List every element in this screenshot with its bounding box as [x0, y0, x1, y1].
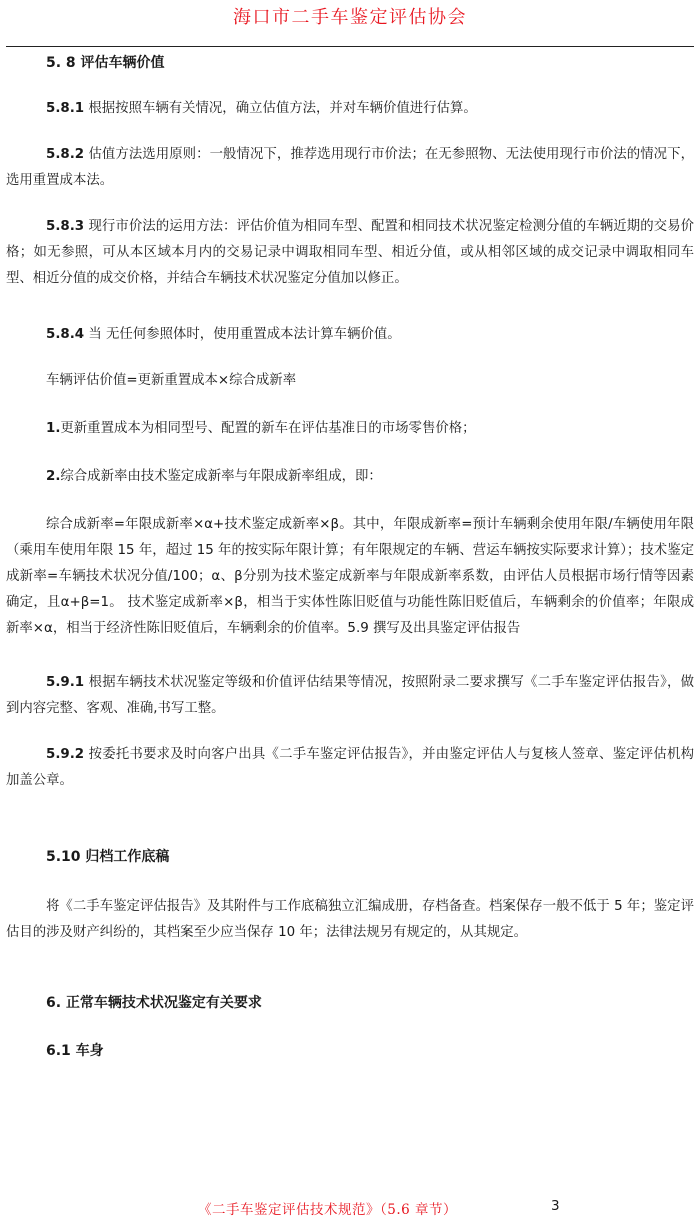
section-heading: 5. 8 评估车辆价值 [6, 50, 694, 76]
paragraph: 5.8.1 根据按照车辆有关情况，确立估值方法，并对车辆价值进行估算。 [6, 96, 694, 122]
clause-text: 根据车辆技术状况鉴定等级和价值评估结果等情况，按照附录二要求撰写《二手车鉴定评估… [6, 675, 694, 716]
clause-number: 5.8.3 [46, 219, 84, 234]
valuation-formula: 车辆评估价值=更新重置成本×综合成新率 [6, 368, 694, 394]
paragraph: 5.8.4 当 无任何参照体时，使用重置成本法计算车辆价值。 [6, 322, 694, 348]
section-5-8: 5. 8 评估车辆价值 [6, 50, 694, 76]
list-text: 综合成新率由技术鉴定成新率与年限成新率组成，即： [60, 469, 381, 484]
section-5-8-4: 5.8.4 当 无任何参照体时，使用重置成本法计算车辆价值。 [6, 322, 694, 348]
section-heading: 6.1 车身 [6, 1038, 694, 1064]
page-number: 3 [551, 1198, 560, 1214]
list-number: 1. [46, 421, 60, 436]
paragraph: 5.8.2 估值方法选用原则：一般情况下，推荐选用现行市价法；在无参照物、无法使… [6, 142, 694, 194]
clause-text: 估值方法选用原则：一般情况下，推荐选用现行市价法；在无参照物、无法使用现行市价法… [6, 147, 694, 188]
clause-number: 5.9.2 [46, 747, 84, 762]
composite-rate-paragraph: 综合成新率=年限成新率×α+技术鉴定成新率×β。其中，年限成新率=预计车辆剩余使… [6, 512, 694, 642]
page-footer: 《二手车鉴定评估技术规范》（5.6 章节） 3 [0, 1198, 700, 1222]
clause-number: 5.8.4 [46, 327, 84, 342]
section-5-8-3: 5.8.3 现行市价法的运用方法：评估价值为相同车型、配置和相同技术状况鉴定检测… [6, 214, 694, 292]
formula-text: 车辆评估价值=更新重置成本×综合成新率 [6, 368, 694, 394]
section-5-9-1: 5.9.1 根据车辆技术状况鉴定等级和价值评估结果等情况，按照附录二要求撰写《二… [6, 670, 694, 722]
section-5-10: 5.10 归档工作底稿 [6, 844, 694, 870]
paragraph: 2.综合成新率由技术鉴定成新率与年限成新率组成，即： [6, 464, 694, 490]
page-header: 海口市二手车鉴定评估协会 [0, 0, 700, 46]
list-text: 更新重置成本为相同型号、配置的新车在评估基准日的市场零售价格； [60, 421, 475, 436]
clause-text: 当 无任何参照体时，使用重置成本法计算车辆价值。 [84, 327, 401, 342]
paragraph: 综合成新率=年限成新率×α+技术鉴定成新率×β。其中，年限成新率=预计车辆剩余使… [6, 512, 694, 642]
clause-number: 5.8.2 [46, 147, 84, 162]
section-heading: 5.10 归档工作底稿 [6, 844, 694, 870]
paragraph: 1.更新重置成本为相同型号、配置的新车在评估基准日的市场零售价格； [6, 416, 694, 442]
clause-text: 现行市价法的运用方法：评估价值为相同车型、配置和相同技术状况鉴定检测分值的车辆近… [6, 219, 694, 286]
clause-number: 5.8.1 [46, 101, 84, 116]
archive-paragraph: 将《二手车鉴定评估报告》及其附件与工作底稿独立汇编成册，存档备查。档案保存一般不… [6, 894, 694, 946]
clause-text: 按委托书要求及时向客户出具《二手车鉴定评估报告》，并由鉴定评估人与复核人签章、鉴… [6, 747, 694, 788]
section-5-9-2: 5.9.2 按委托书要求及时向客户出具《二手车鉴定评估报告》，并由鉴定评估人与复… [6, 742, 694, 794]
paragraph: 5.8.3 现行市价法的运用方法：评估价值为相同车型、配置和相同技术状况鉴定检测… [6, 214, 694, 292]
section-6-1: 6.1 车身 [6, 1038, 694, 1064]
list-number: 2. [46, 469, 60, 484]
section-5-8-2: 5.8.2 估值方法选用原则：一般情况下，推荐选用现行市价法；在无参照物、无法使… [6, 142, 694, 194]
clause-number: 5.9.1 [46, 675, 84, 690]
paragraph: 将《二手车鉴定评估报告》及其附件与工作底稿独立汇编成册，存档备查。档案保存一般不… [6, 894, 694, 946]
header-title: 海口市二手车鉴定评估协会 [0, 3, 700, 29]
footer-text: 《二手车鉴定评估技术规范》（5.6 章节） [198, 1198, 457, 1218]
section-5-8-1: 5.8.1 根据按照车辆有关情况，确立估值方法，并对车辆价值进行估算。 [6, 96, 694, 122]
paragraph: 5.9.2 按委托书要求及时向客户出具《二手车鉴定评估报告》，并由鉴定评估人与复… [6, 742, 694, 794]
header-divider [6, 46, 694, 47]
list-item-1: 1.更新重置成本为相同型号、配置的新车在评估基准日的市场零售价格； [6, 416, 694, 442]
clause-text: 根据按照车辆有关情况，确立估值方法，并对车辆价值进行估算。 [84, 101, 477, 116]
section-heading: 6. 正常车辆技术状况鉴定有关要求 [6, 990, 694, 1016]
paragraph: 5.9.1 根据车辆技术状况鉴定等级和价值评估结果等情况，按照附录二要求撰写《二… [6, 670, 694, 722]
section-6: 6. 正常车辆技术状况鉴定有关要求 [6, 990, 694, 1016]
list-item-2: 2.综合成新率由技术鉴定成新率与年限成新率组成，即： [6, 464, 694, 490]
